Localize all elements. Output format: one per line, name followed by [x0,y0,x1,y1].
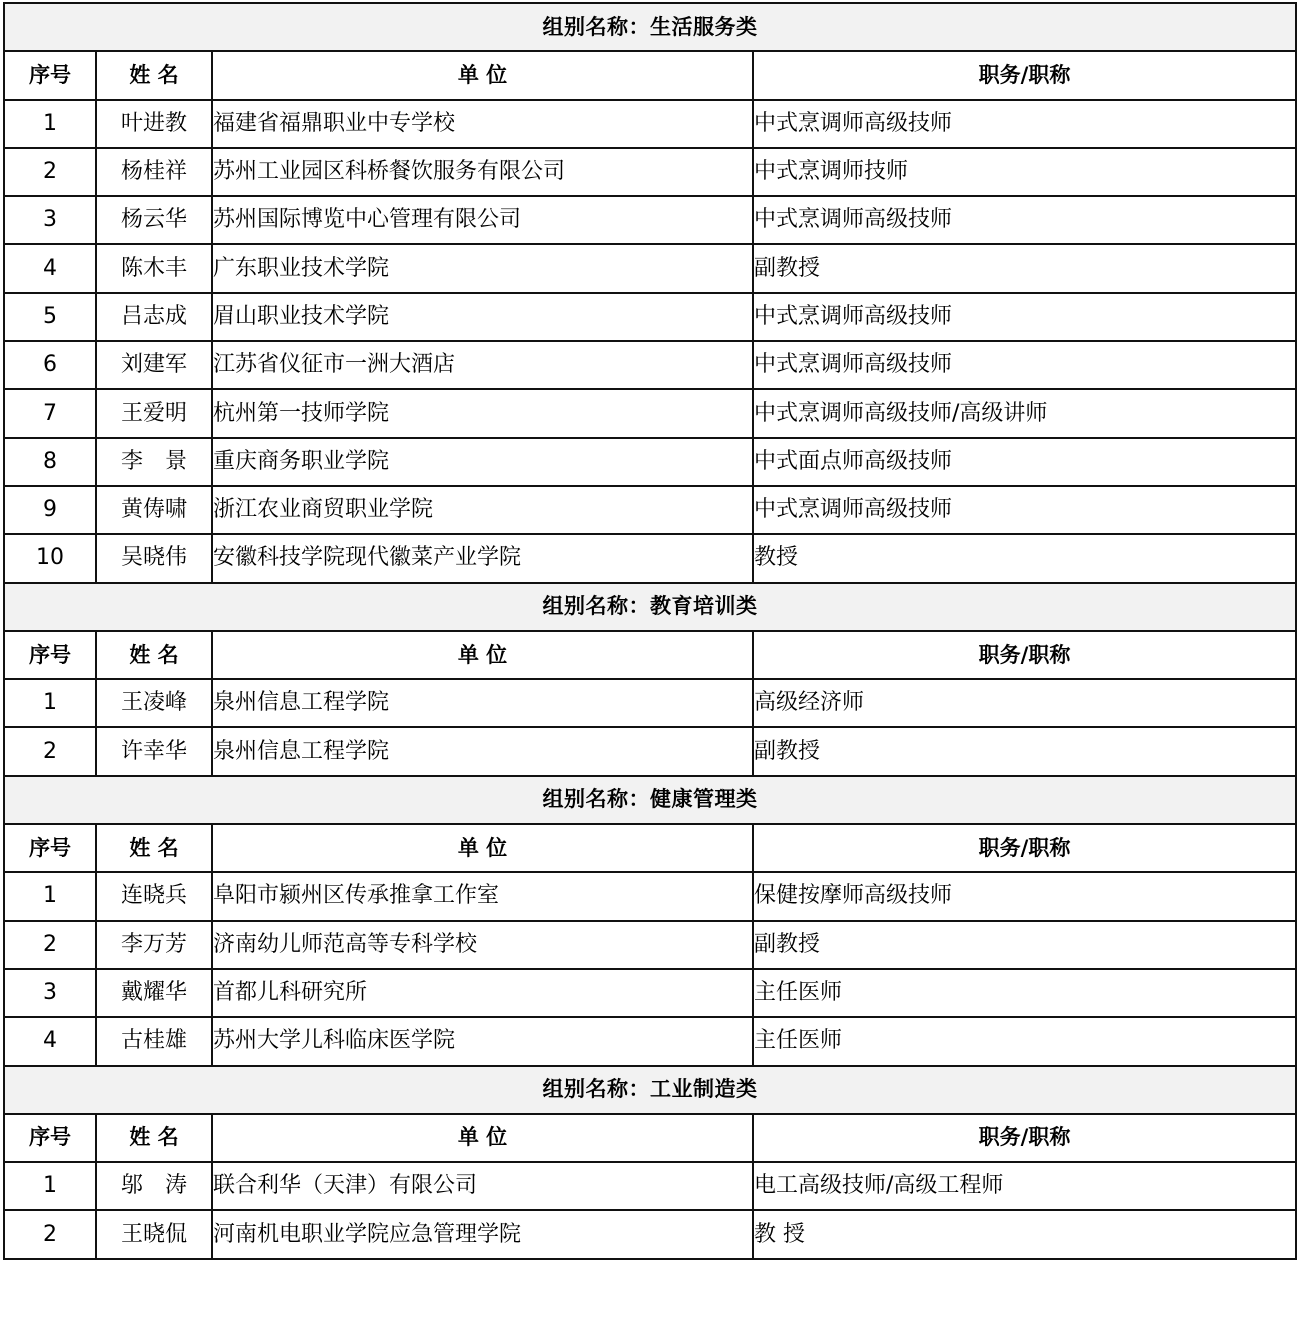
column-header-name: 姓 名 [96,1114,212,1162]
expert-roster: 组别名称：生活服务类 序号 姓 名 单 位 职务/职称 1叶进教福建省福鼎职业中… [3,2,1295,1260]
name-cell: 吴晓伟 [96,534,212,582]
table-row: 8李 景重庆商务职业学院中式面点师高级技师 [4,438,1296,486]
title-cell: 副教授 [753,727,1296,775]
title-cell: 主任医师 [753,969,1296,1017]
seq-cell: 6 [4,341,96,389]
name-cell: 古桂雄 [96,1017,212,1065]
title-cell: 中式烹调师高级技师 [753,196,1296,244]
column-header-seq: 序号 [4,1114,96,1162]
table-row: 6刘建军江苏省仪征市一洲大酒店中式烹调师高级技师 [4,341,1296,389]
table-row: 10吴晓伟安徽科技学院现代徽菜产业学院教授 [4,534,1296,582]
seq-cell: 9 [4,486,96,534]
seq-cell: 2 [4,148,96,196]
table-row: 4陈木丰广东职业技术学院副教授 [4,244,1296,292]
column-header-seq: 序号 [4,824,96,872]
unit-cell: 苏州大学儿科临床医学院 [212,1017,753,1065]
seq-cell: 7 [4,389,96,437]
roster-table: 组别名称：生活服务类 序号 姓 名 单 位 职务/职称 1叶进教福建省福鼎职业中… [3,2,1297,1260]
group-label: 组别名称：生活服务类 [4,3,1296,51]
column-header-seq: 序号 [4,51,96,99]
unit-cell: 苏州国际博览中心管理有限公司 [212,196,753,244]
name-cell: 戴耀华 [96,969,212,1017]
name-cell: 黄俦啸 [96,486,212,534]
table-row: 4古桂雄苏州大学儿科临床医学院主任医师 [4,1017,1296,1065]
title-cell: 中式面点师高级技师 [753,438,1296,486]
unit-cell: 杭州第一技师学院 [212,389,753,437]
seq-cell: 1 [4,679,96,727]
seq-cell: 4 [4,244,96,292]
seq-cell: 1 [4,1162,96,1210]
group-label: 组别名称：工业制造类 [4,1066,1296,1114]
roster-body: 组别名称：生活服务类 序号 姓 名 单 位 职务/职称 1叶进教福建省福鼎职业中… [4,3,1296,1259]
column-header-unit: 单 位 [212,1114,753,1162]
seq-cell: 3 [4,196,96,244]
table-row: 5吕志成眉山职业技术学院中式烹调师高级技师 [4,293,1296,341]
column-header-seq: 序号 [4,631,96,679]
table-row: 1王凌峰泉州信息工程学院高级经济师 [4,679,1296,727]
unit-cell: 首都儿科研究所 [212,969,753,1017]
column-header-title: 职务/职称 [753,51,1296,99]
seq-cell: 4 [4,1017,96,1065]
seq-cell: 2 [4,921,96,969]
column-header-name: 姓 名 [96,51,212,99]
table-row: 2李万芳济南幼儿师范高等专科学校副教授 [4,921,1296,969]
name-cell: 连晓兵 [96,872,212,920]
column-header-name: 姓 名 [96,631,212,679]
seq-cell: 8 [4,438,96,486]
unit-cell: 安徽科技学院现代徽菜产业学院 [212,534,753,582]
column-header-row: 序号 姓 名 单 位 职务/职称 [4,631,1296,679]
seq-cell: 3 [4,969,96,1017]
table-row: 1叶进教福建省福鼎职业中专学校中式烹调师高级技师 [4,100,1296,148]
seq-cell: 5 [4,293,96,341]
title-cell: 教授 [753,534,1296,582]
unit-cell: 阜阳市颍州区传承推拿工作室 [212,872,753,920]
title-cell: 中式烹调师高级技师 [753,100,1296,148]
column-header-title: 职务/职称 [753,824,1296,872]
title-cell: 中式烹调师技师 [753,148,1296,196]
unit-cell: 泉州信息工程学院 [212,679,753,727]
name-cell: 王爱明 [96,389,212,437]
name-cell: 吕志成 [96,293,212,341]
name-cell: 许幸华 [96,727,212,775]
unit-cell: 济南幼儿师范高等专科学校 [212,921,753,969]
unit-cell: 联合利华（天津）有限公司 [212,1162,753,1210]
table-row: 3杨云华苏州国际博览中心管理有限公司中式烹调师高级技师 [4,196,1296,244]
table-row: 3戴耀华首都儿科研究所主任医师 [4,969,1296,1017]
group-header-health-management: 组别名称：健康管理类 [4,776,1296,824]
unit-cell: 福建省福鼎职业中专学校 [212,100,753,148]
title-cell: 中式烹调师高级技师/高级讲师 [753,389,1296,437]
title-cell: 主任医师 [753,1017,1296,1065]
group-label: 组别名称：教育培训类 [4,583,1296,631]
name-cell: 王晓侃 [96,1210,212,1258]
unit-cell: 广东职业技术学院 [212,244,753,292]
column-header-row: 序号 姓 名 单 位 职务/职称 [4,1114,1296,1162]
title-cell: 高级经济师 [753,679,1296,727]
title-cell: 副教授 [753,244,1296,292]
unit-cell: 江苏省仪征市一洲大酒店 [212,341,753,389]
unit-cell: 眉山职业技术学院 [212,293,753,341]
seq-cell: 2 [4,727,96,775]
name-cell: 李万芳 [96,921,212,969]
column-header-title: 职务/职称 [753,1114,1296,1162]
column-header-name: 姓 名 [96,824,212,872]
table-row: 2许幸华泉州信息工程学院副教授 [4,727,1296,775]
title-cell: 副教授 [753,921,1296,969]
name-cell: 杨云华 [96,196,212,244]
group-header-life-services: 组别名称：生活服务类 [4,3,1296,51]
table-row: 7王爱明杭州第一技师学院中式烹调师高级技师/高级讲师 [4,389,1296,437]
column-header-unit: 单 位 [212,631,753,679]
title-cell: 中式烹调师高级技师 [753,341,1296,389]
table-row: 1连晓兵阜阳市颍州区传承推拿工作室保健按摩师高级技师 [4,872,1296,920]
table-row: 9黄俦啸浙江农业商贸职业学院中式烹调师高级技师 [4,486,1296,534]
column-header-row: 序号 姓 名 单 位 职务/职称 [4,51,1296,99]
unit-cell: 泉州信息工程学院 [212,727,753,775]
title-cell: 电工高级技师/高级工程师 [753,1162,1296,1210]
seq-cell: 2 [4,1210,96,1258]
name-cell: 刘建军 [96,341,212,389]
group-header-industrial-manufacturing: 组别名称：工业制造类 [4,1066,1296,1114]
seq-cell: 1 [4,872,96,920]
group-header-education-training: 组别名称：教育培训类 [4,583,1296,631]
group-label: 组别名称：健康管理类 [4,776,1296,824]
table-row: 2王晓侃河南机电职业学院应急管理学院教 授 [4,1210,1296,1258]
unit-cell: 浙江农业商贸职业学院 [212,486,753,534]
unit-cell: 河南机电职业学院应急管理学院 [212,1210,753,1258]
column-header-unit: 单 位 [212,824,753,872]
name-cell: 王凌峰 [96,679,212,727]
table-row: 2杨桂祥苏州工业园区科桥餐饮服务有限公司中式烹调师技师 [4,148,1296,196]
name-cell: 邬 涛 [96,1162,212,1210]
title-cell: 保健按摩师高级技师 [753,872,1296,920]
title-cell: 中式烹调师高级技师 [753,486,1296,534]
seq-cell: 1 [4,100,96,148]
unit-cell: 苏州工业园区科桥餐饮服务有限公司 [212,148,753,196]
name-cell: 陈木丰 [96,244,212,292]
column-header-title: 职务/职称 [753,631,1296,679]
title-cell: 中式烹调师高级技师 [753,293,1296,341]
column-header-row: 序号 姓 名 单 位 职务/职称 [4,824,1296,872]
seq-cell: 10 [4,534,96,582]
name-cell: 李 景 [96,438,212,486]
name-cell: 叶进教 [96,100,212,148]
name-cell: 杨桂祥 [96,148,212,196]
column-header-unit: 单 位 [212,51,753,99]
title-cell: 教 授 [753,1210,1296,1258]
table-row: 1邬 涛联合利华（天津）有限公司电工高级技师/高级工程师 [4,1162,1296,1210]
unit-cell: 重庆商务职业学院 [212,438,753,486]
